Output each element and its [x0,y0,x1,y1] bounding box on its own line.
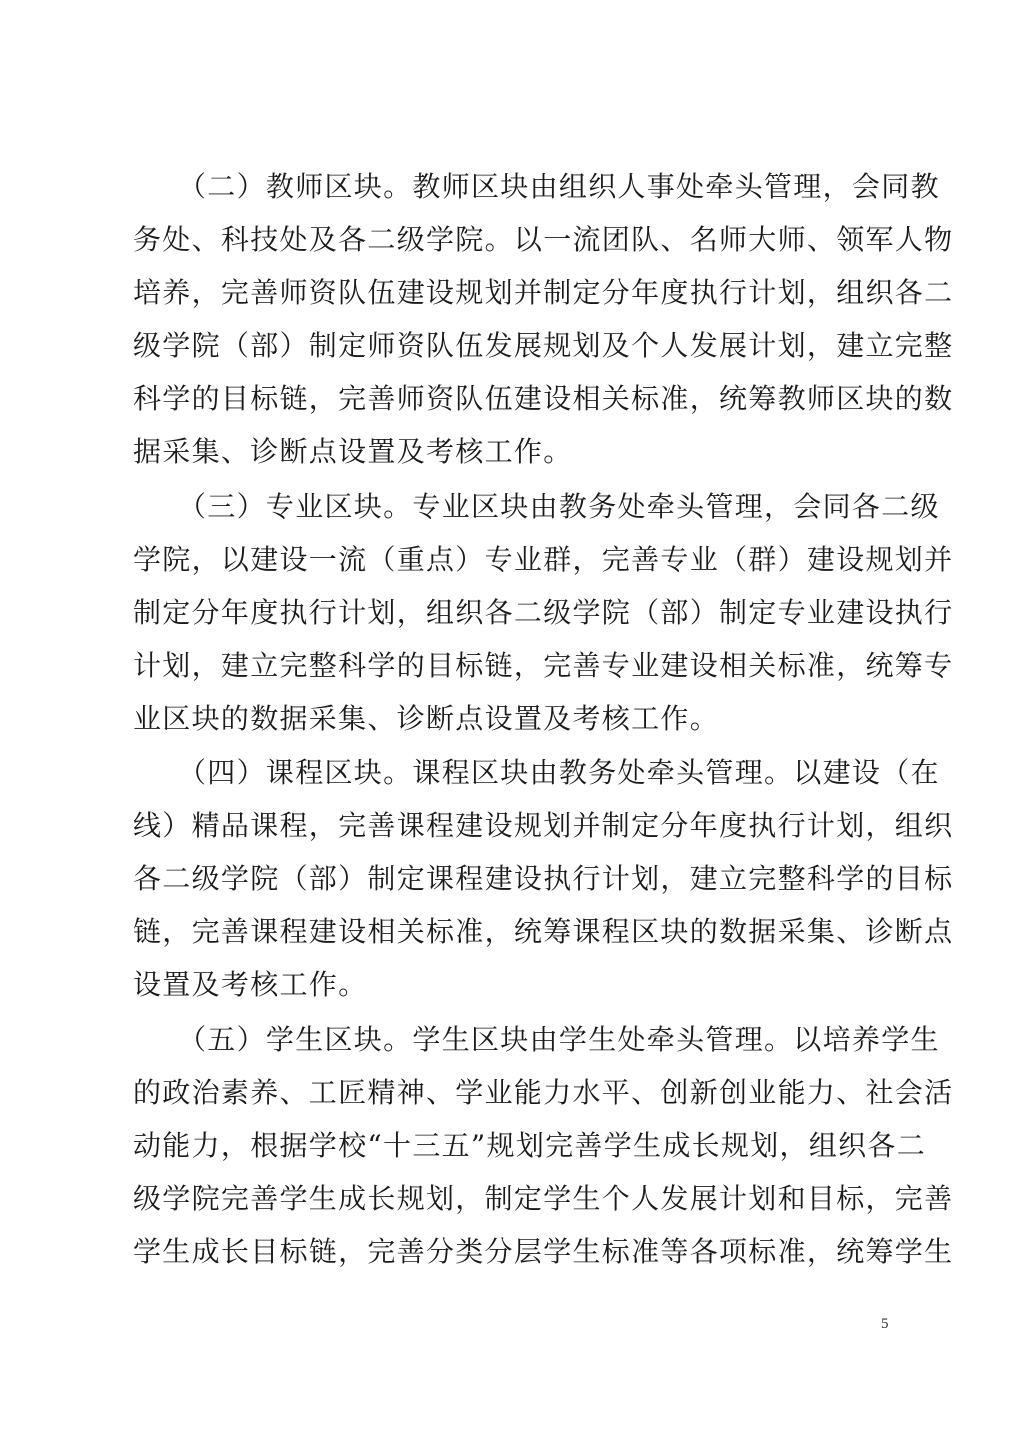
text-line: 培养，完善师资队伍建设规划并制定分年度执行计划，组织各二 [133,266,893,319]
text-line: （四）课程区块。课程区块由教务处牵头管理。以建设（在 [133,746,893,799]
paragraph-major-block: （三）专业区块。专业区块由教务处牵头管理，会同各二级 学院，以建设一流（重点）专… [133,480,893,745]
text-line: 动能力，根据学校“十三五”规划完善学生成长规划，组织各二 [133,1119,893,1172]
text-line: 级学院（部）制定师资队伍发展规划及个人发展计划，建立完整 [133,319,893,372]
paragraph-student-block: （五）学生区块。学生区块由学生处牵头管理。以培养学生 的政治素养、工匠精神、学业… [133,1013,893,1278]
text-line: 设置及考核工作。 [133,958,893,1011]
text-line: （三）专业区块。专业区块由教务处牵头管理，会同各二级 [133,480,893,533]
text-line: 制定分年度执行计划，组织各二级学院（部）制定专业建设执行 [133,586,893,639]
text-line: 学院，以建设一流（重点）专业群，完善专业（群）建设规划并 [133,533,893,586]
text-line: 各二级学院（部）制定课程建设执行计划，建立完整科学的目标 [133,852,893,905]
text-line: 计划，建立完整科学的目标链，完善专业建设相关标准，统筹专 [133,639,893,692]
paragraph-course-block: （四）课程区块。课程区块由教务处牵头管理。以建设（在 线）精品课程，完善课程建设… [133,746,893,1011]
text-line: 级学院完善学生成长规划，制定学生个人发展计划和目标，完善 [133,1172,893,1225]
text-line: 线）精品课程，完善课程建设规划并制定分年度执行计划，组织 [133,799,893,852]
text-line: （五）学生区块。学生区块由学生处牵头管理。以培养学生 [133,1013,893,1066]
text-line: 的政治素养、工匠精神、学业能力水平、创新创业能力、社会活 [133,1066,893,1119]
text-line: 学生成长目标链，完善分类分层学生标准等各项标准，统筹学生 [133,1225,893,1278]
text-line: （二）教师区块。教师区块由组织人事处牵头管理，会同教 [133,160,893,213]
document-page: （二）教师区块。教师区块由组织人事处牵头管理，会同教 务处、科技处及各二级学院。… [0,0,1024,1448]
paragraph-teacher-block: （二）教师区块。教师区块由组织人事处牵头管理，会同教 务处、科技处及各二级学院。… [133,160,893,478]
text-line: 科学的目标链，完善师资队伍建设相关标准，统筹教师区块的数 [133,372,893,425]
text-line: 链，完善课程建设相关标准，统筹课程区块的数据采集、诊断点 [133,905,893,958]
text-line: 务处、科技处及各二级学院。以一流团队、名师大师、领军人物 [133,213,893,266]
body-text: （二）教师区块。教师区块由组织人事处牵头管理，会同教 务处、科技处及各二级学院。… [133,160,893,1278]
text-line: 业区块的数据采集、诊断点设置及考核工作。 [133,692,893,745]
text-line: 据采集、诊断点设置及考核工作。 [133,425,893,478]
page-number: 5 [881,1316,889,1333]
